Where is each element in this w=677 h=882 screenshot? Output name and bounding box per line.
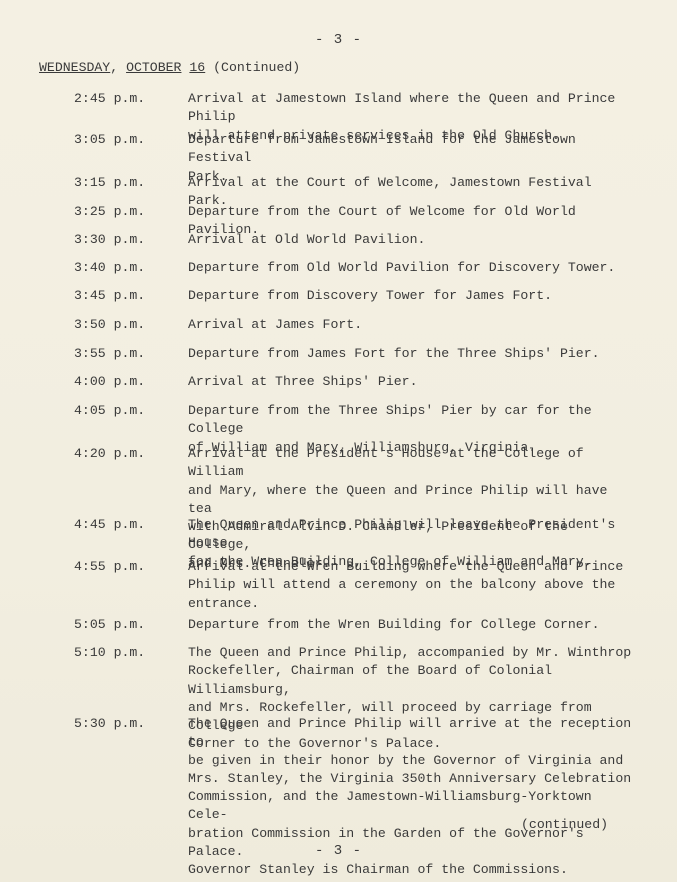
continued-note: (continued) bbox=[521, 817, 608, 832]
entry-description: Departure from James Fort for the Three … bbox=[188, 345, 638, 363]
heading-month: OCTOBER bbox=[126, 60, 181, 75]
entry-time: 4:55 p.m. bbox=[74, 558, 145, 576]
entry-description: Arrival at Three Ships' Pier. bbox=[188, 373, 638, 391]
entry-time: 2:45 p.m. bbox=[74, 90, 145, 108]
heading-date: 16 bbox=[189, 60, 205, 75]
entry-time: 3:50 p.m. bbox=[74, 316, 145, 334]
entry-time: 5:30 p.m. bbox=[74, 715, 145, 733]
entry-description: Arrival at James Fort. bbox=[188, 316, 638, 334]
entry-time: 5:05 p.m. bbox=[74, 616, 145, 634]
entry-time: 3:05 p.m. bbox=[74, 131, 145, 149]
page-number-top: - 3 - bbox=[0, 32, 677, 48]
heading-suffix: (Continued) bbox=[205, 60, 300, 75]
entry-time: 4:05 p.m. bbox=[74, 402, 145, 420]
heading-day: WEDNESDAY bbox=[39, 60, 110, 75]
document-page: - 3 - WEDNESDAY, OCTOBER 16 (Continued) … bbox=[0, 0, 677, 882]
entry-time: 4:45 p.m. bbox=[74, 516, 145, 534]
heading-comma: , bbox=[110, 60, 126, 75]
entry-time: 4:00 p.m. bbox=[74, 373, 145, 391]
entry-time: 3:15 p.m. bbox=[74, 174, 145, 192]
entry-time: 5:10 p.m. bbox=[74, 644, 145, 662]
entry-description: Arrival at Old World Pavilion. bbox=[188, 231, 638, 249]
entry-description: Arrival at the Wren Building where the Q… bbox=[188, 558, 638, 613]
entry-time: 4:20 p.m. bbox=[74, 445, 145, 463]
entry-description: Departure from Old World Pavilion for Di… bbox=[188, 259, 638, 277]
entry-time: 3:30 p.m. bbox=[74, 231, 145, 249]
page-number-bottom: - 3 - bbox=[0, 843, 677, 859]
entry-description: Departure from Discovery Tower for James… bbox=[188, 287, 638, 305]
entry-time: 3:55 p.m. bbox=[74, 345, 145, 363]
entry-time: 3:45 p.m. bbox=[74, 287, 145, 305]
entry-description: Departure from the Wren Building for Col… bbox=[188, 616, 638, 634]
entry-time: 3:25 p.m. bbox=[74, 203, 145, 221]
entry-time: 3:40 p.m. bbox=[74, 259, 145, 277]
section-heading: WEDNESDAY, OCTOBER 16 (Continued) bbox=[39, 60, 300, 75]
